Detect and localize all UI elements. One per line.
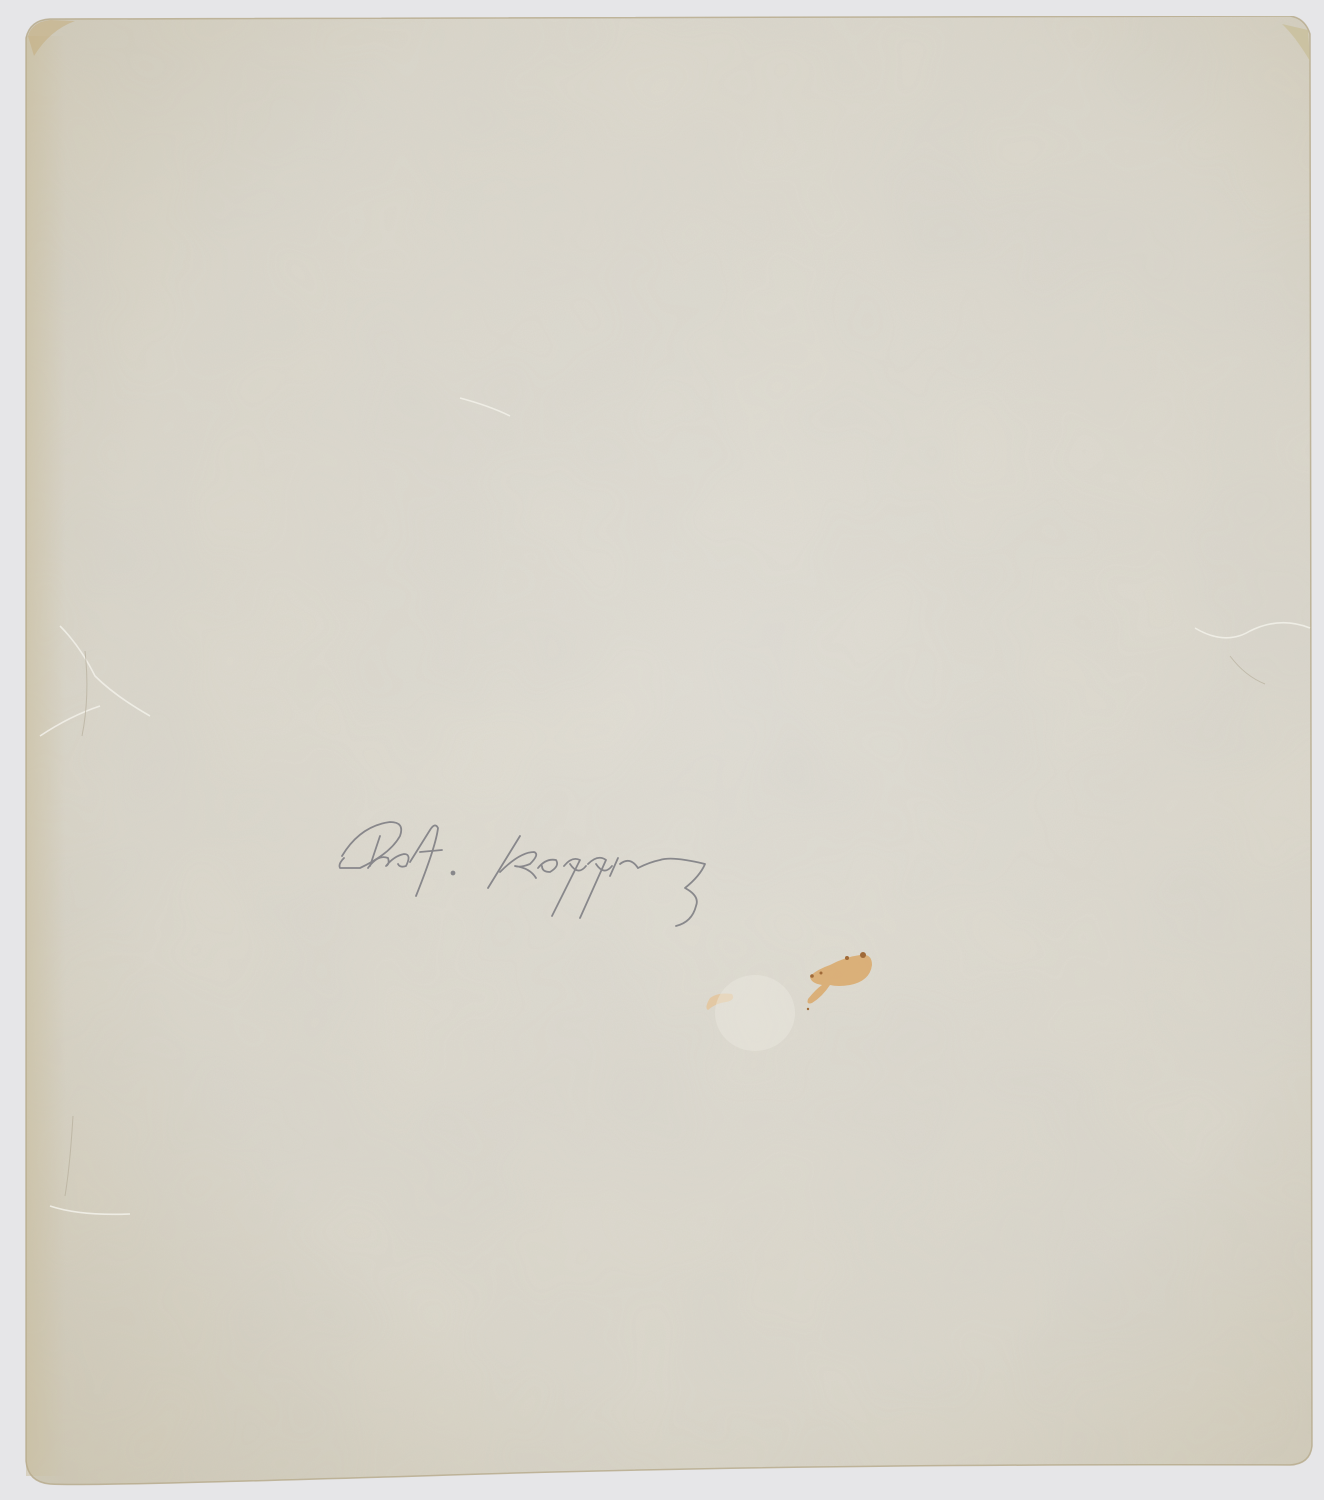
foxing-stain-large [800, 951, 880, 1013]
paper-surface [20, 16, 1314, 1488]
pencil-inscription [320, 806, 740, 946]
water-mark [710, 971, 800, 1056]
paper-sheet [20, 16, 1314, 1488]
